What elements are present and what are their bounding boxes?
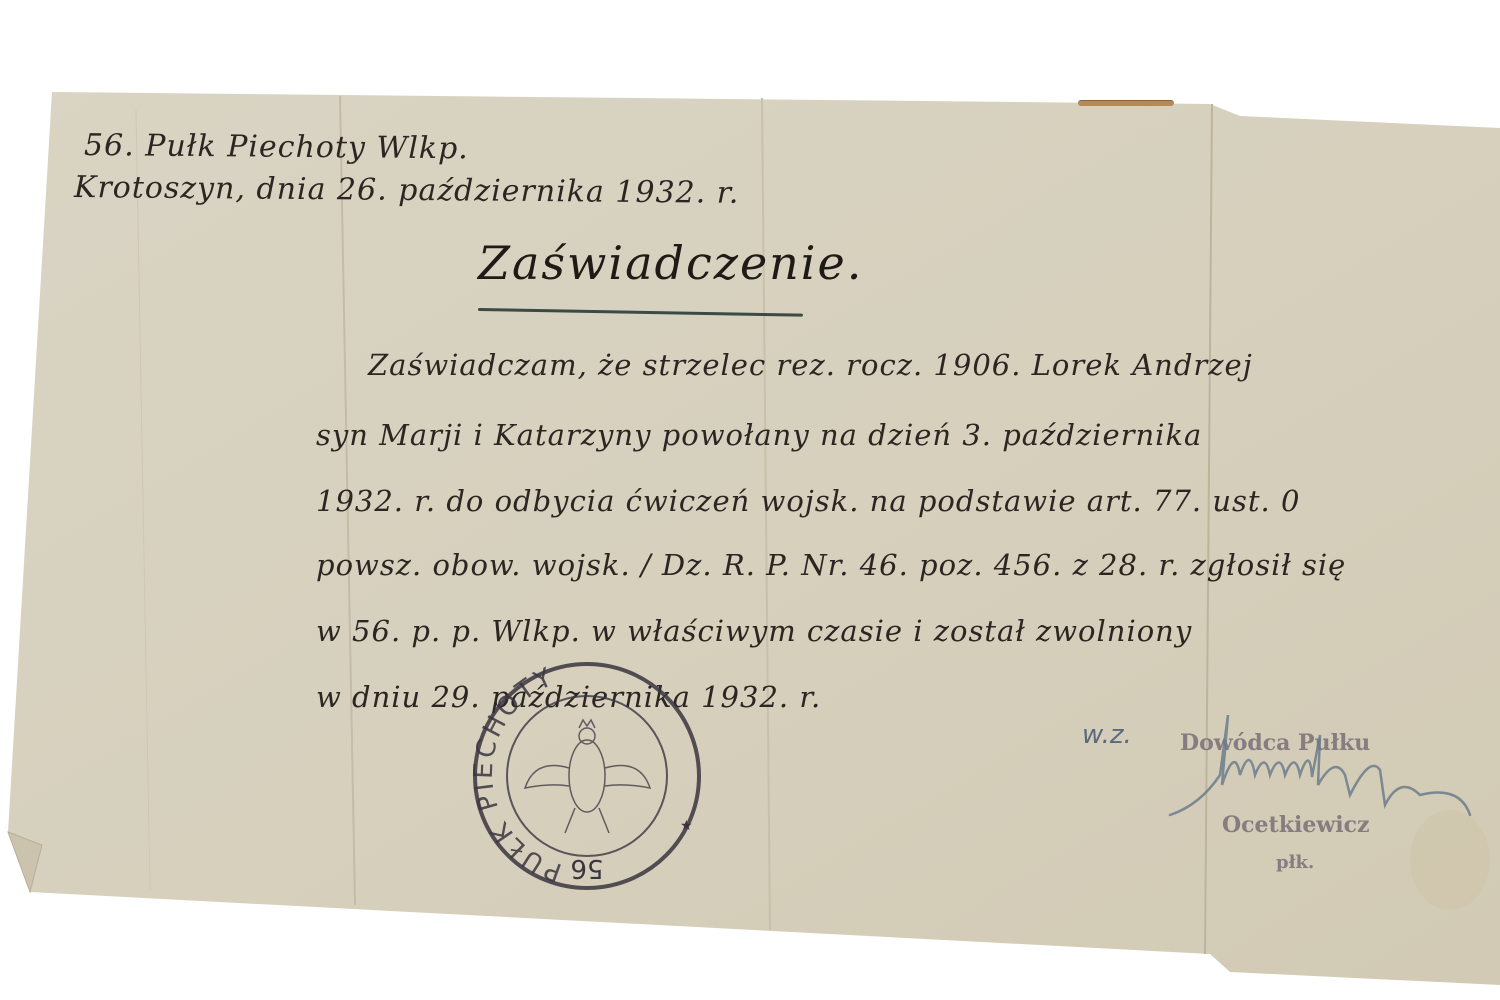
svg-text:56: 56 [570,853,603,883]
body-line-3: 1932. r. do odbycia ćwiczeń wojsk. na po… [316,484,1300,518]
header-place-date: Krotoszyn, dnia 26. października 1932. r… [74,170,740,211]
header-unit: 56. Pułk Piechoty Wlkp. [84,128,469,166]
document-sheet: 56. Pułk Piechoty Wlkp. Krotoszyn, dnia … [0,0,1500,1000]
body-line-5: w 56. p. p. Wlkp. w właściwym czasie i z… [316,614,1192,648]
body-line-1: Zaświadczam, że strzelec rez. rocz. 1906… [368,348,1253,382]
signature-rank: płk. [1276,852,1314,873]
document-title: Zaświadczenie. [478,236,863,290]
body-line-2: syn Marji i Katarzyny powołany na dzień … [316,418,1202,452]
regiment-stamp: PUŁK PIECHOTY 56 ★ [455,658,720,898]
body-line-4: powsz. obow. wojsk. / Dz. R. P. Nr. 46. … [316,548,1346,582]
wz-note: w.z. [1082,720,1132,750]
tape-strip [1078,100,1174,106]
eagle-emblem-icon [525,720,650,833]
svg-text:PUŁK PIECHOTY: PUŁK PIECHOTY [469,662,566,887]
handwritten-signature [1160,715,1480,835]
svg-text:★: ★ [680,818,693,834]
